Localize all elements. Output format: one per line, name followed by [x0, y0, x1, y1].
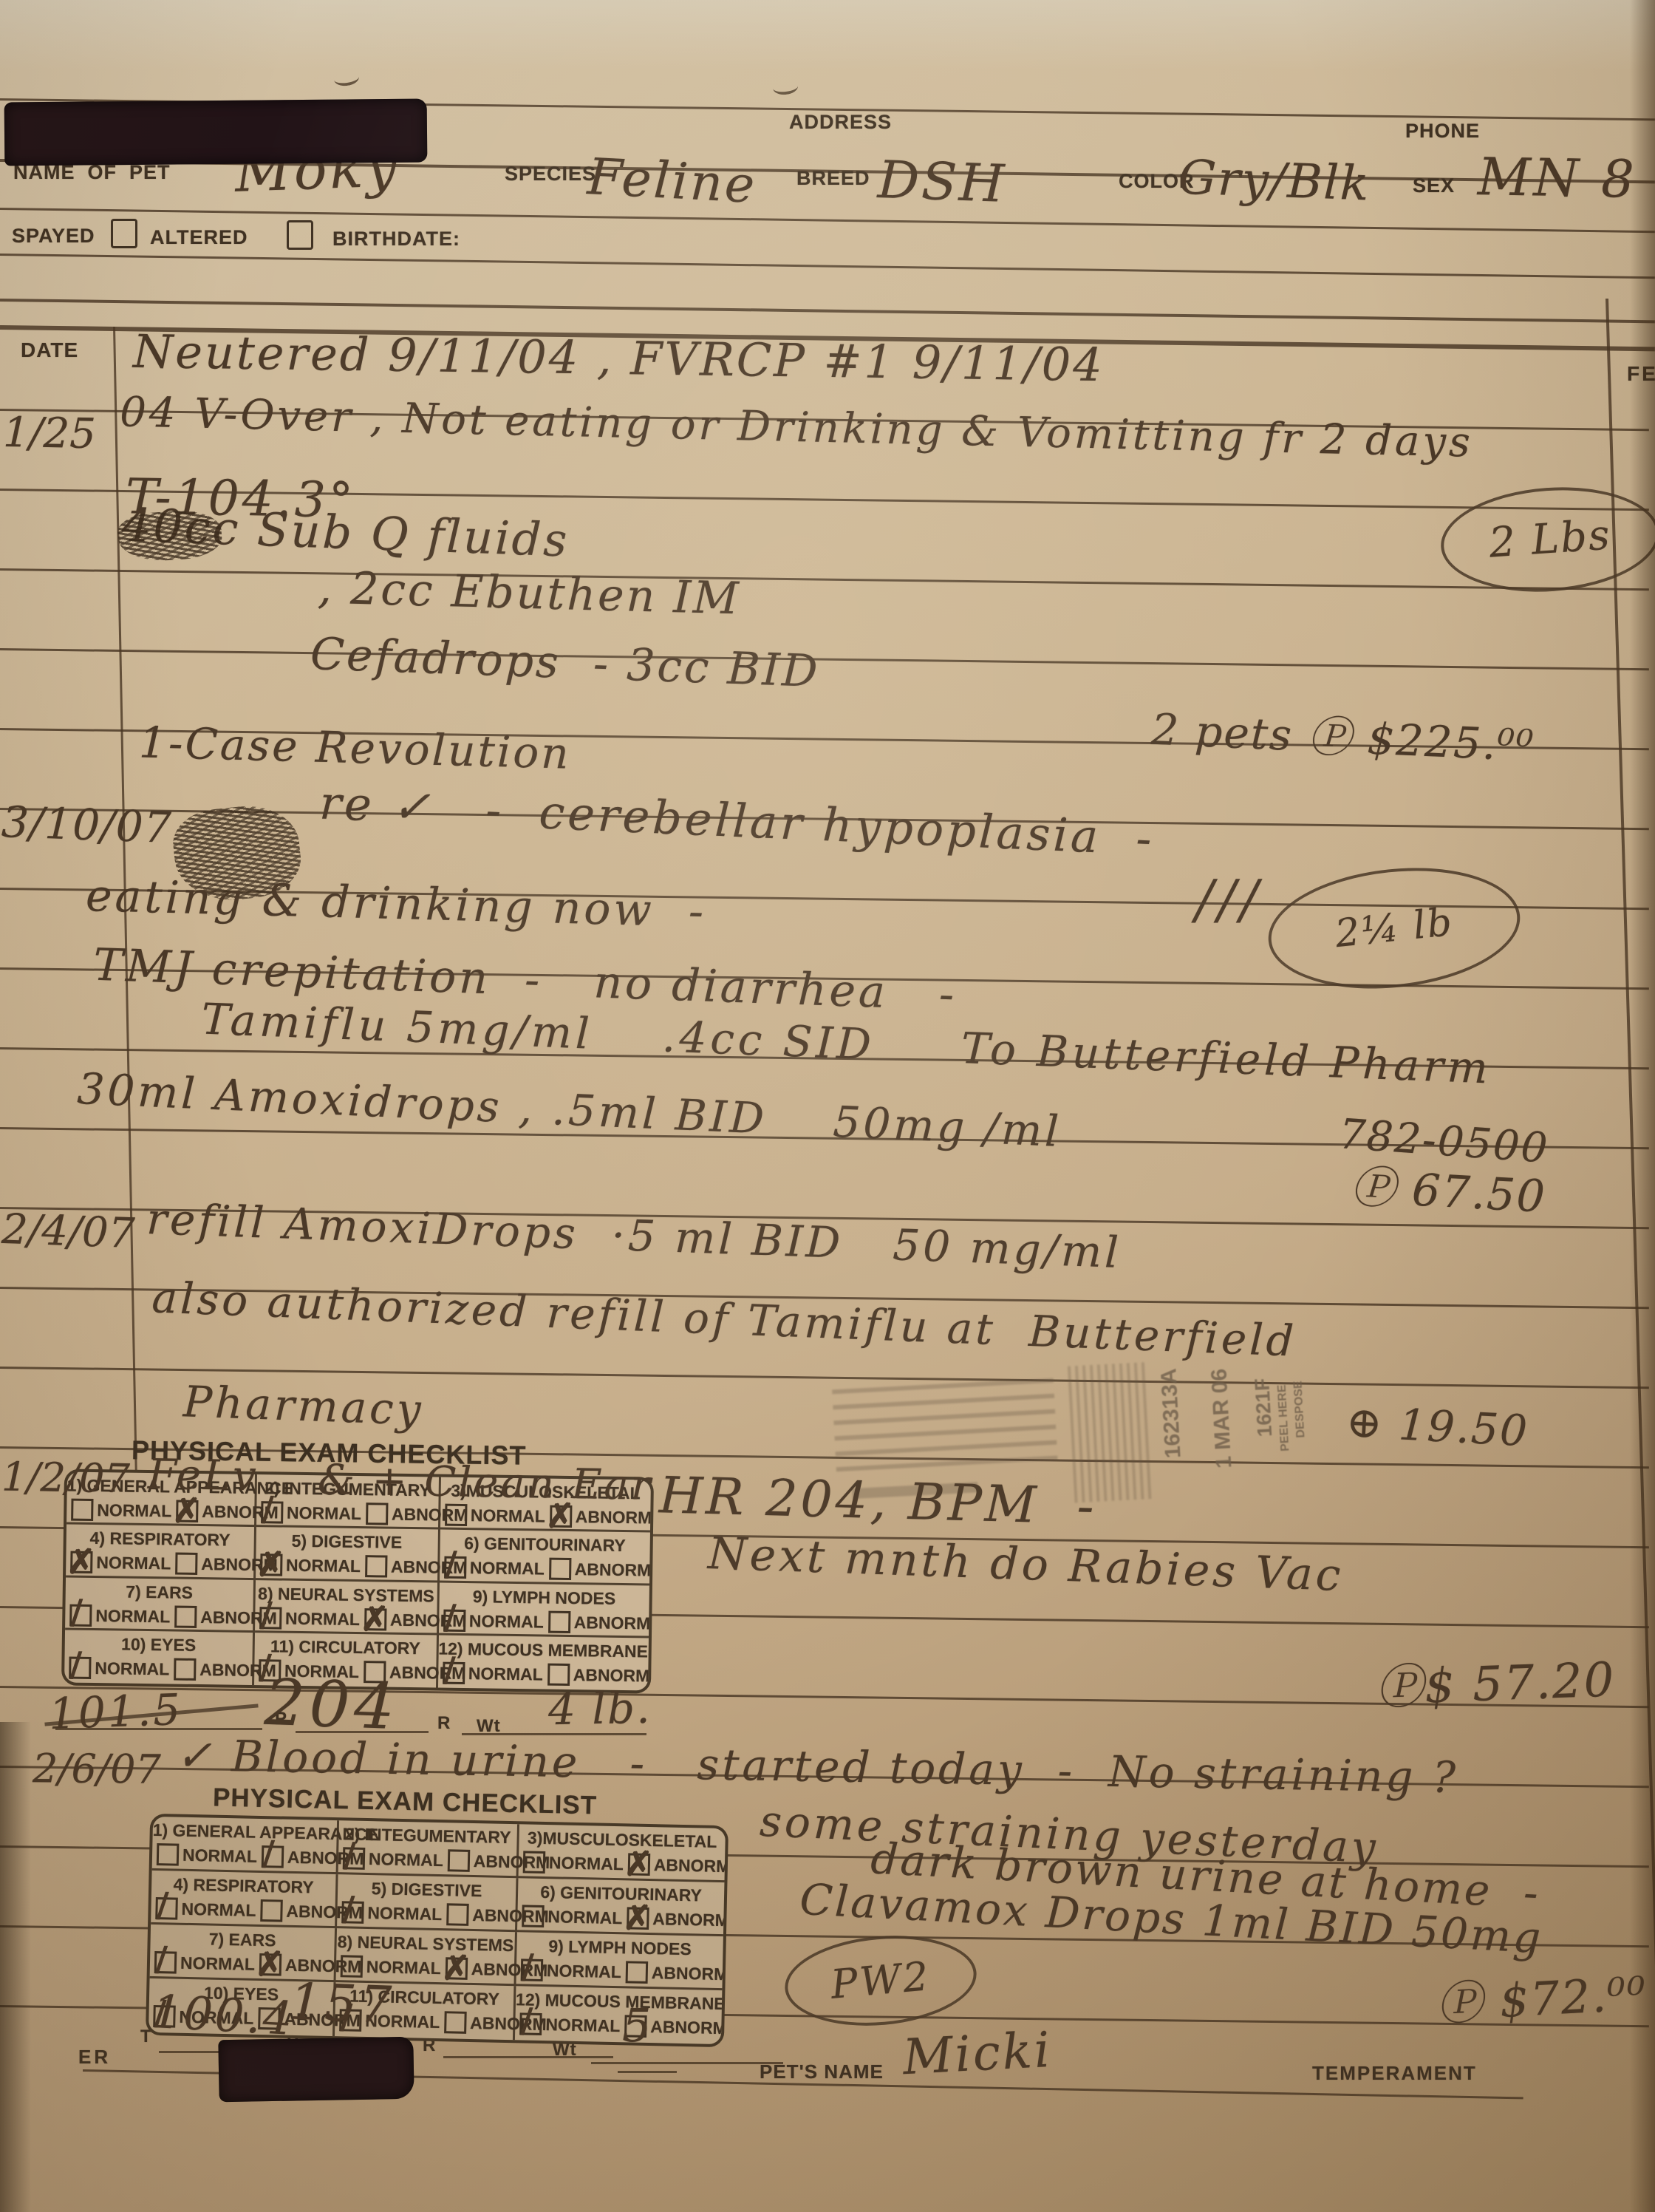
normal-checkbox: ∕	[521, 1959, 544, 1981]
weight-badge: 2¼ lb	[1263, 857, 1526, 1001]
exam-item-label: 12) MUCOUS MEMBRANES	[438, 1638, 649, 1661]
checkbox-mark: ∕	[69, 1644, 83, 1684]
exam-item: 4) RESPIRATORY✗NORMALABNORM	[66, 1525, 256, 1580]
abnorm-checkbox: ✗	[445, 1957, 468, 1980]
checkbox-mark: ✗	[441, 1947, 471, 1988]
abnorm-label: ABNORM	[650, 2017, 727, 2038]
section-divider	[0, 299, 1655, 323]
checkbox-mark: ∕	[156, 1885, 169, 1925]
normal-checkbox: ∕	[259, 1607, 281, 1629]
abnorm-checkbox: ✗	[176, 1500, 198, 1522]
abnorm-checkbox	[366, 1503, 388, 1525]
weight-value: 4 lb.	[547, 1686, 651, 1732]
altered-label: ALTERED	[150, 226, 248, 249]
normal-checkbox: ∕	[443, 1609, 465, 1631]
exam-item: 6) GENITOURINARYNORMAL✗ABNORM	[517, 1878, 724, 1936]
exam-item-label: 8) NEURAL SYSTEMS	[336, 1932, 515, 1956]
spayed-checkbox	[111, 219, 137, 248]
abnorm-checkbox: ✗	[627, 1907, 649, 1930]
visit1-medication: Cefadrops - 3cc BID	[310, 631, 820, 695]
visit4-test: FeLv	[147, 1454, 259, 1499]
abnorm-checkbox: ✗	[628, 1853, 651, 1876]
normal-label: NORMAL	[369, 1849, 443, 1870]
checkbox-mark: ∕	[444, 1596, 457, 1636]
checkbox-mark: ∕	[262, 1488, 275, 1528]
exam-item: 2) INTEGUMENTARY∕NORMALABNORM	[338, 1820, 519, 1878]
checkbox-mark: ∕	[155, 1939, 168, 1978]
abnorm-label: ABNORM	[575, 1559, 652, 1579]
exam-item: 12) MUCOUS MEMBRANES∕NORMALABNORM	[438, 1635, 649, 1690]
normal-checkbox	[157, 1843, 180, 1866]
breed-label: BREED	[796, 167, 870, 190]
sex-handwritten: MN 8	[1477, 150, 1637, 207]
normal-label: NORMAL	[470, 1558, 545, 1578]
visit4-procedure: & + Clean Ear	[318, 1459, 654, 1508]
checklist-title-2: PHYSICAL EXAM CHECKLIST	[213, 1783, 598, 1821]
exam-item-label: 3)MUSCULOSKELETAL	[519, 1828, 726, 1852]
pen-mark	[333, 69, 360, 88]
abnorm-checkbox	[549, 1558, 571, 1580]
abnorm-label: ABNORM	[654, 1855, 728, 1876]
exam-item: 3)MUSCULOSKELETALNORMAL✗ABNORM	[519, 1824, 726, 1882]
abnorm-checkbox	[174, 1658, 196, 1680]
heart-rate-note: HR 204, BPM -	[658, 1469, 1097, 1534]
photo-edge-shadow	[0, 1722, 31, 2212]
visit3-pharmacy: Pharmacy	[182, 1379, 424, 1432]
exam-item-label: 9) LYMPH NODES	[439, 1586, 649, 1609]
stamp-code: 1621F	[1250, 1378, 1277, 1437]
normal-label: NORMAL	[366, 1957, 441, 1978]
normal-label: NORMAL	[287, 1503, 361, 1523]
visit4-date: 1/2/07	[1, 1456, 131, 1500]
abnorm-label: ABNORM	[574, 1613, 651, 1633]
normal-label: NORMAL	[182, 1845, 257, 1866]
visit2-diagnosis: re ✓ - cerebellar hypoplasia -	[318, 778, 1156, 862]
normal-label: NORMAL	[549, 1853, 624, 1874]
abnorm-checkbox	[547, 1663, 570, 1685]
paper-top-edge	[0, 0, 1655, 70]
ruled-line	[0, 568, 1649, 591]
respiration-label: R	[437, 1713, 451, 1734]
normal-checkbox: ✗	[70, 1551, 92, 1573]
exam-item: 8) NEURAL SYSTEMS∕NORMAL✗ABNORM	[255, 1580, 440, 1636]
normal-label: NORMAL	[547, 1907, 622, 1927]
redaction-bar	[218, 2037, 414, 2103]
exam-item-label: 8) NEURAL SYSTEMS	[255, 1584, 437, 1606]
abnorm-checkbox: ✗	[364, 1608, 386, 1630]
visit2-status: eating & drinking now -	[85, 873, 707, 936]
normal-label: NORMAL	[471, 1505, 545, 1525]
breed-handwritten: DSH	[877, 153, 1008, 212]
normal-checkbox: ∕	[261, 1501, 283, 1523]
normal-label: NORMAL	[95, 1658, 169, 1678]
visit3-fee: ⊕ 19.50	[1345, 1400, 1530, 1454]
normal-checkbox	[71, 1499, 93, 1521]
exam1-fee: Ⓟ$ 57.20	[1375, 1655, 1616, 1713]
abnorm-checkbox	[446, 1903, 469, 1926]
normal-checkbox: ∕	[444, 1556, 466, 1579]
abnorm-checkbox: ∕	[262, 1845, 284, 1868]
pets-name-handwritten: Micki	[901, 2024, 1053, 2083]
exam-item: 6) GENITOURINARY∕NORMALABNORM	[440, 1530, 650, 1585]
visit2-rx-amoxidrops: 30ml Amoxidrops , .5ml BID 50mg /ml	[76, 1066, 1062, 1154]
abnorm-checkbox	[548, 1610, 570, 1633]
stamp-date: 1 MAR 06	[1207, 1368, 1237, 1469]
checkbox-mark: ✗	[66, 1542, 95, 1582]
exam-item: 9) LYMPH NODES∕NORMALABNORM	[516, 1932, 723, 1990]
vaccine-history-note: Neutered 9/11/04 , FVRCP #1 9/11/04	[133, 327, 1105, 389]
exam-item: 12) MUCOUS MEMBRANES∕NORMALABNORM	[515, 1986, 722, 2044]
normal-checkbox	[523, 1851, 546, 1874]
checkbox-mark: ∕	[343, 1834, 356, 1874]
normal-label: NORMAL	[285, 1608, 360, 1628]
pulse-value: 204	[263, 1670, 400, 1741]
vet-record-card-photo: ADDRESS PHONE NAME OF PET SPECIES BREED …	[0, 0, 1655, 2212]
normal-label: NORMAL	[95, 1606, 170, 1626]
species-handwritten: Feline	[586, 151, 758, 212]
exam-item-label: 12) MUCOUS MEMBRANES	[516, 1990, 723, 2014]
normal-label: NORMAL	[367, 1903, 442, 1924]
checkbox-mark: ✗	[624, 1843, 653, 1884]
exam-item: 7) EARS∕NORMALABNORM	[65, 1577, 256, 1633]
checkbox-mark: ∕	[70, 1591, 83, 1631]
normal-checkbox: ∕	[443, 1661, 465, 1684]
abnorm-checkbox: ✗	[550, 1505, 572, 1528]
exam-item-label: 4) RESPIRATORY	[151, 1874, 335, 1898]
exam-item: 10) EYES∕NORMALABNORM	[64, 1630, 255, 1685]
birthdate-label: BIRTHDATE:	[332, 228, 460, 251]
address-label: ADDRESS	[789, 111, 892, 134]
checkbox-mark: ✗	[361, 1599, 389, 1639]
visit1-injection: , 2cc Ebuthen IM	[317, 565, 741, 623]
checkbox-mark: ∕	[520, 2000, 533, 2040]
exam-item-label: 7) EARS	[150, 1928, 334, 1952]
abnorm-checkbox	[625, 1961, 648, 1984]
weight-badge-text: 2¼ lb	[1334, 902, 1456, 954]
normal-checkbox: ✗	[260, 1553, 282, 1576]
temperament-label: TEMPERAMENT	[1312, 2062, 1477, 2085]
er-label: ER	[78, 2046, 111, 2069]
abnorm-label: ABNORM	[576, 1507, 652, 1527]
date-column-header: DATE	[21, 338, 78, 362]
color-handwritten: Gry/Blk	[1178, 153, 1371, 209]
redaction-bar	[4, 99, 428, 166]
exam-item: 5) DIGESTIVE✗NORMALABNORM	[256, 1527, 440, 1582]
visit3-authorization: also authorized refill of Tamiflu at But…	[151, 1275, 1297, 1364]
normal-label: NORMAL	[468, 1664, 543, 1684]
stamp-serial: 162313A	[1156, 1368, 1186, 1459]
stamp-note2: DESPOSE	[1291, 1381, 1308, 1438]
ruled-line	[0, 648, 1649, 670]
exam-item-label: 7) EARS	[66, 1581, 253, 1604]
checkbox-mark: ✗	[623, 1897, 652, 1938]
normal-checkbox: ∕	[341, 1901, 364, 1924]
abnorm-checkbox	[365, 1555, 387, 1577]
normal-label: NORMAL	[547, 1961, 621, 1981]
species-label: SPECIES	[505, 163, 596, 186]
stamp-note1: PEEL HERE	[1276, 1384, 1293, 1452]
abnorm-checkbox: ✗	[259, 1953, 282, 1976]
abnorm-label: ABNORM	[652, 1963, 728, 1984]
pen-mark	[772, 78, 799, 95]
visit1-fee: 2 pets Ⓟ $225.⁰⁰	[1150, 707, 1535, 769]
normal-checkbox	[445, 1504, 467, 1526]
normal-label: NORMAL	[469, 1611, 544, 1631]
normal-checkbox: ∕	[69, 1656, 91, 1678]
exam-item-label: 6) GENITOURINARY	[440, 1534, 650, 1556]
checkbox-mark: ✗	[256, 1544, 285, 1585]
normal-checkbox: ∕	[343, 1847, 366, 1870]
normal-label: NORMAL	[545, 2015, 620, 2035]
weight-value: 5	[622, 2001, 651, 2049]
phone-label: PHONE	[1405, 120, 1480, 143]
normal-label: NORMAL	[180, 1953, 255, 1974]
visit2-fee: Ⓟ 67.50	[1350, 1164, 1548, 1221]
exam-item-label: 11) CIRCULATORY	[254, 1636, 436, 1658]
exam-item: 5) DIGESTIVE∕NORMALABNORM	[337, 1874, 519, 1932]
exam-item-label: 6) GENITOURINARY	[518, 1882, 725, 1906]
checkbox-mark: ∕	[445, 1544, 458, 1584]
stamp-smudge	[832, 1372, 1058, 1472]
normal-checkbox	[522, 1905, 545, 1927]
visit3-refill: refill AmoxiDrops ·5 ml BID 50 mg/ml	[146, 1197, 1122, 1276]
visit3-date: 2/4/07	[1, 1208, 135, 1256]
normal-checkbox: ∕	[69, 1604, 92, 1626]
exam-item-label: 9) LYMPH NODES	[516, 1936, 723, 1960]
weight-badge-text: 2 Lbs	[1488, 514, 1613, 565]
code-badge-text: PW2	[829, 1956, 932, 2006]
scribble-mark	[117, 508, 223, 564]
visit5-fee: Ⓟ $72.⁰⁰	[1435, 1970, 1648, 2029]
checkbox-mark: ∕	[443, 1649, 457, 1689]
tally-marks: ///	[1195, 872, 1263, 928]
checkbox-mark: ∕	[260, 1594, 273, 1634]
normal-checkbox: ∕	[519, 2012, 542, 2035]
normal-label: NORMAL	[96, 1553, 171, 1573]
weight-label: Wt	[477, 1716, 501, 1737]
pets-name-label: PET'S NAME	[760, 2060, 884, 2083]
visit1-complaint: 04 V-Over , Not eating or Drinking & Vom…	[120, 391, 1474, 465]
exam-item-label: 10) EYES	[65, 1633, 253, 1656]
visit1-product: 1-Case Revolution	[138, 720, 571, 776]
weight-badge: 2 Lbs	[1437, 480, 1655, 599]
sex-label: SEX	[1413, 174, 1455, 197]
normal-label: NORMAL	[181, 1899, 256, 1920]
abnorm-checkbox	[174, 1605, 197, 1627]
form-rule	[0, 253, 1655, 279]
abnorm-checkbox	[260, 1899, 283, 1922]
photo-edge-shadow	[1630, 0, 1655, 2212]
normal-checkbox: ∕	[155, 1897, 178, 1920]
temperature-value: 100.4	[151, 1987, 296, 2043]
normal-label: NORMAL	[97, 1500, 171, 1520]
checkbox-mark: ∕	[342, 1888, 355, 1928]
exam-item-label: 2) INTEGUMENTARY	[338, 1824, 517, 1848]
exam-item: 9) LYMPH NODES∕NORMALABNORM	[439, 1582, 649, 1638]
visit5-date: 2/6/07	[33, 1748, 161, 1791]
spayed-label: SPAYED	[12, 225, 95, 248]
exam-item-label: 1) GENERAL APPEARANCE	[152, 1820, 336, 1844]
abnorm-checkbox	[175, 1553, 197, 1575]
normal-label: NORMAL	[286, 1556, 361, 1576]
altered-checkbox	[287, 220, 313, 250]
visit2-date: 3/10/07	[1, 800, 173, 851]
normal-checkbox: ∕	[154, 1951, 177, 1974]
exam-item: 4) RESPIRATORY∕NORMALABNORM	[151, 1871, 338, 1928]
exam-item: 1) GENERAL APPEARANCENORMAL∕ABNORM	[152, 1817, 339, 1874]
exam-item-label: 5) DIGESTIVE	[338, 1878, 516, 1902]
pulse-value: 157	[289, 1976, 395, 2032]
abnorm-checkbox	[447, 1849, 470, 1872]
abnorm-checkbox	[444, 2011, 467, 2034]
checkbox-mark: ∕	[521, 1946, 534, 1986]
visit1-date: 1/25	[2, 412, 96, 457]
checkbox-mark: ✗	[255, 1944, 284, 1984]
abnorm-label: ABNORM	[652, 1909, 728, 1930]
checkbox-mark: ∕	[262, 1833, 276, 1873]
